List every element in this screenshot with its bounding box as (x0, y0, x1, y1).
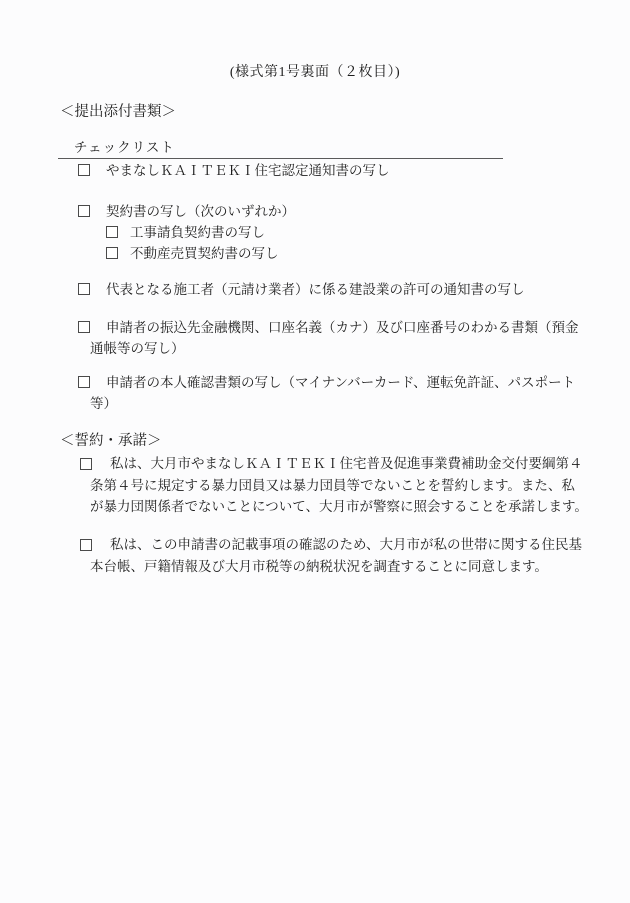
checklist-heading: チェックリスト (58, 140, 503, 159)
checklist-item: 申請者の振込先金融機関、口座名義（カナ）及び口座番号のわかる書類（預金 通帳等の… (90, 317, 595, 359)
checkbox-icon (80, 458, 92, 470)
checklist-title: チェックリスト (74, 140, 175, 155)
checklist-sub-item: 不動産売買契約書の写し (130, 243, 570, 264)
checklist-item: 代表となる施工者（元請け業者）に係る建設業の許可の通知書の写し (90, 279, 595, 300)
checklist-sub-item-text: 不動産売買契約書の写し (130, 243, 570, 264)
checklist-item-text: 申請者の本人確認書類の写し（マイナンバーカード、運転免許証、パスポート 等） (90, 372, 595, 414)
pledge-item-text: 私は、この申請書の記載事項の確認のため、大月市が私の世帯に関する住民基 本台帳、… (90, 534, 595, 577)
checklist-item: 契約書の写し（次のいずれか） (90, 201, 595, 222)
checklist-item-text: 申請者の振込先金融機関、口座名義（カナ）及び口座番号のわかる書類（預金 通帳等の… (90, 317, 595, 359)
checkbox-icon (106, 247, 118, 259)
checklist-item-text: 契約書の写し（次のいずれか） (90, 201, 595, 222)
checklist-item: やまなしＫＡＩＴＥＫＩ住宅認定通知書の写し (90, 160, 595, 181)
section-title-pledge: ＜誓約・承諾＞ (60, 429, 162, 450)
checkbox-icon (78, 164, 90, 176)
checkbox-icon (78, 283, 90, 295)
form-code-header: (様式第1号裏面（２枚目）) (0, 61, 630, 81)
checkbox-icon (80, 539, 92, 551)
checkbox-icon (78, 321, 90, 333)
checklist-item-text: やまなしＫＡＩＴＥＫＩ住宅認定通知書の写し (90, 160, 595, 181)
pledge-item: 私は、この申請書の記載事項の確認のため、大月市が私の世帯に関する住民基 本台帳、… (90, 534, 595, 577)
checkbox-icon (78, 376, 90, 388)
checklist-item: 申請者の本人確認書類の写し（マイナンバーカード、運転免許証、パスポート 等） (90, 372, 595, 414)
pledge-item: 私は、大月市やまなしＫＡＩＴＥＫＩ住宅普及促進事業費補助金交付要綱第４ 条第４号… (90, 453, 595, 518)
checklist-sub-item-text: 工事請負契約書の写し (130, 222, 570, 243)
checklist-sub-item: 工事請負契約書の写し (130, 222, 570, 243)
pledge-item-text: 私は、大月市やまなしＫＡＩＴＥＫＩ住宅普及促進事業費補助金交付要綱第４ 条第４号… (90, 453, 595, 518)
checkbox-icon (78, 205, 90, 217)
checkbox-icon (106, 226, 118, 238)
section-title-attachments: ＜提出添付書類＞ (60, 100, 176, 121)
checklist-item-text: 代表となる施工者（元請け業者）に係る建設業の許可の通知書の写し (90, 279, 595, 300)
